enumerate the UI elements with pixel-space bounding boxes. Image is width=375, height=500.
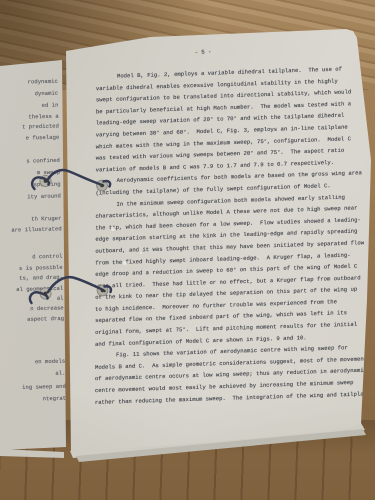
eyelet-hole-icon bbox=[101, 289, 105, 293]
eyelet-hole-icon bbox=[44, 179, 48, 183]
ring-clip bbox=[32, 170, 110, 191]
document-photo: rodynamicdynamiced intheless at predicte… bbox=[0, 0, 375, 500]
ring-clip bbox=[30, 277, 111, 303]
eyelet-hole-icon bbox=[44, 292, 48, 296]
binder-rings bbox=[0, 0, 375, 500]
eyelet-hole-icon bbox=[100, 184, 104, 188]
